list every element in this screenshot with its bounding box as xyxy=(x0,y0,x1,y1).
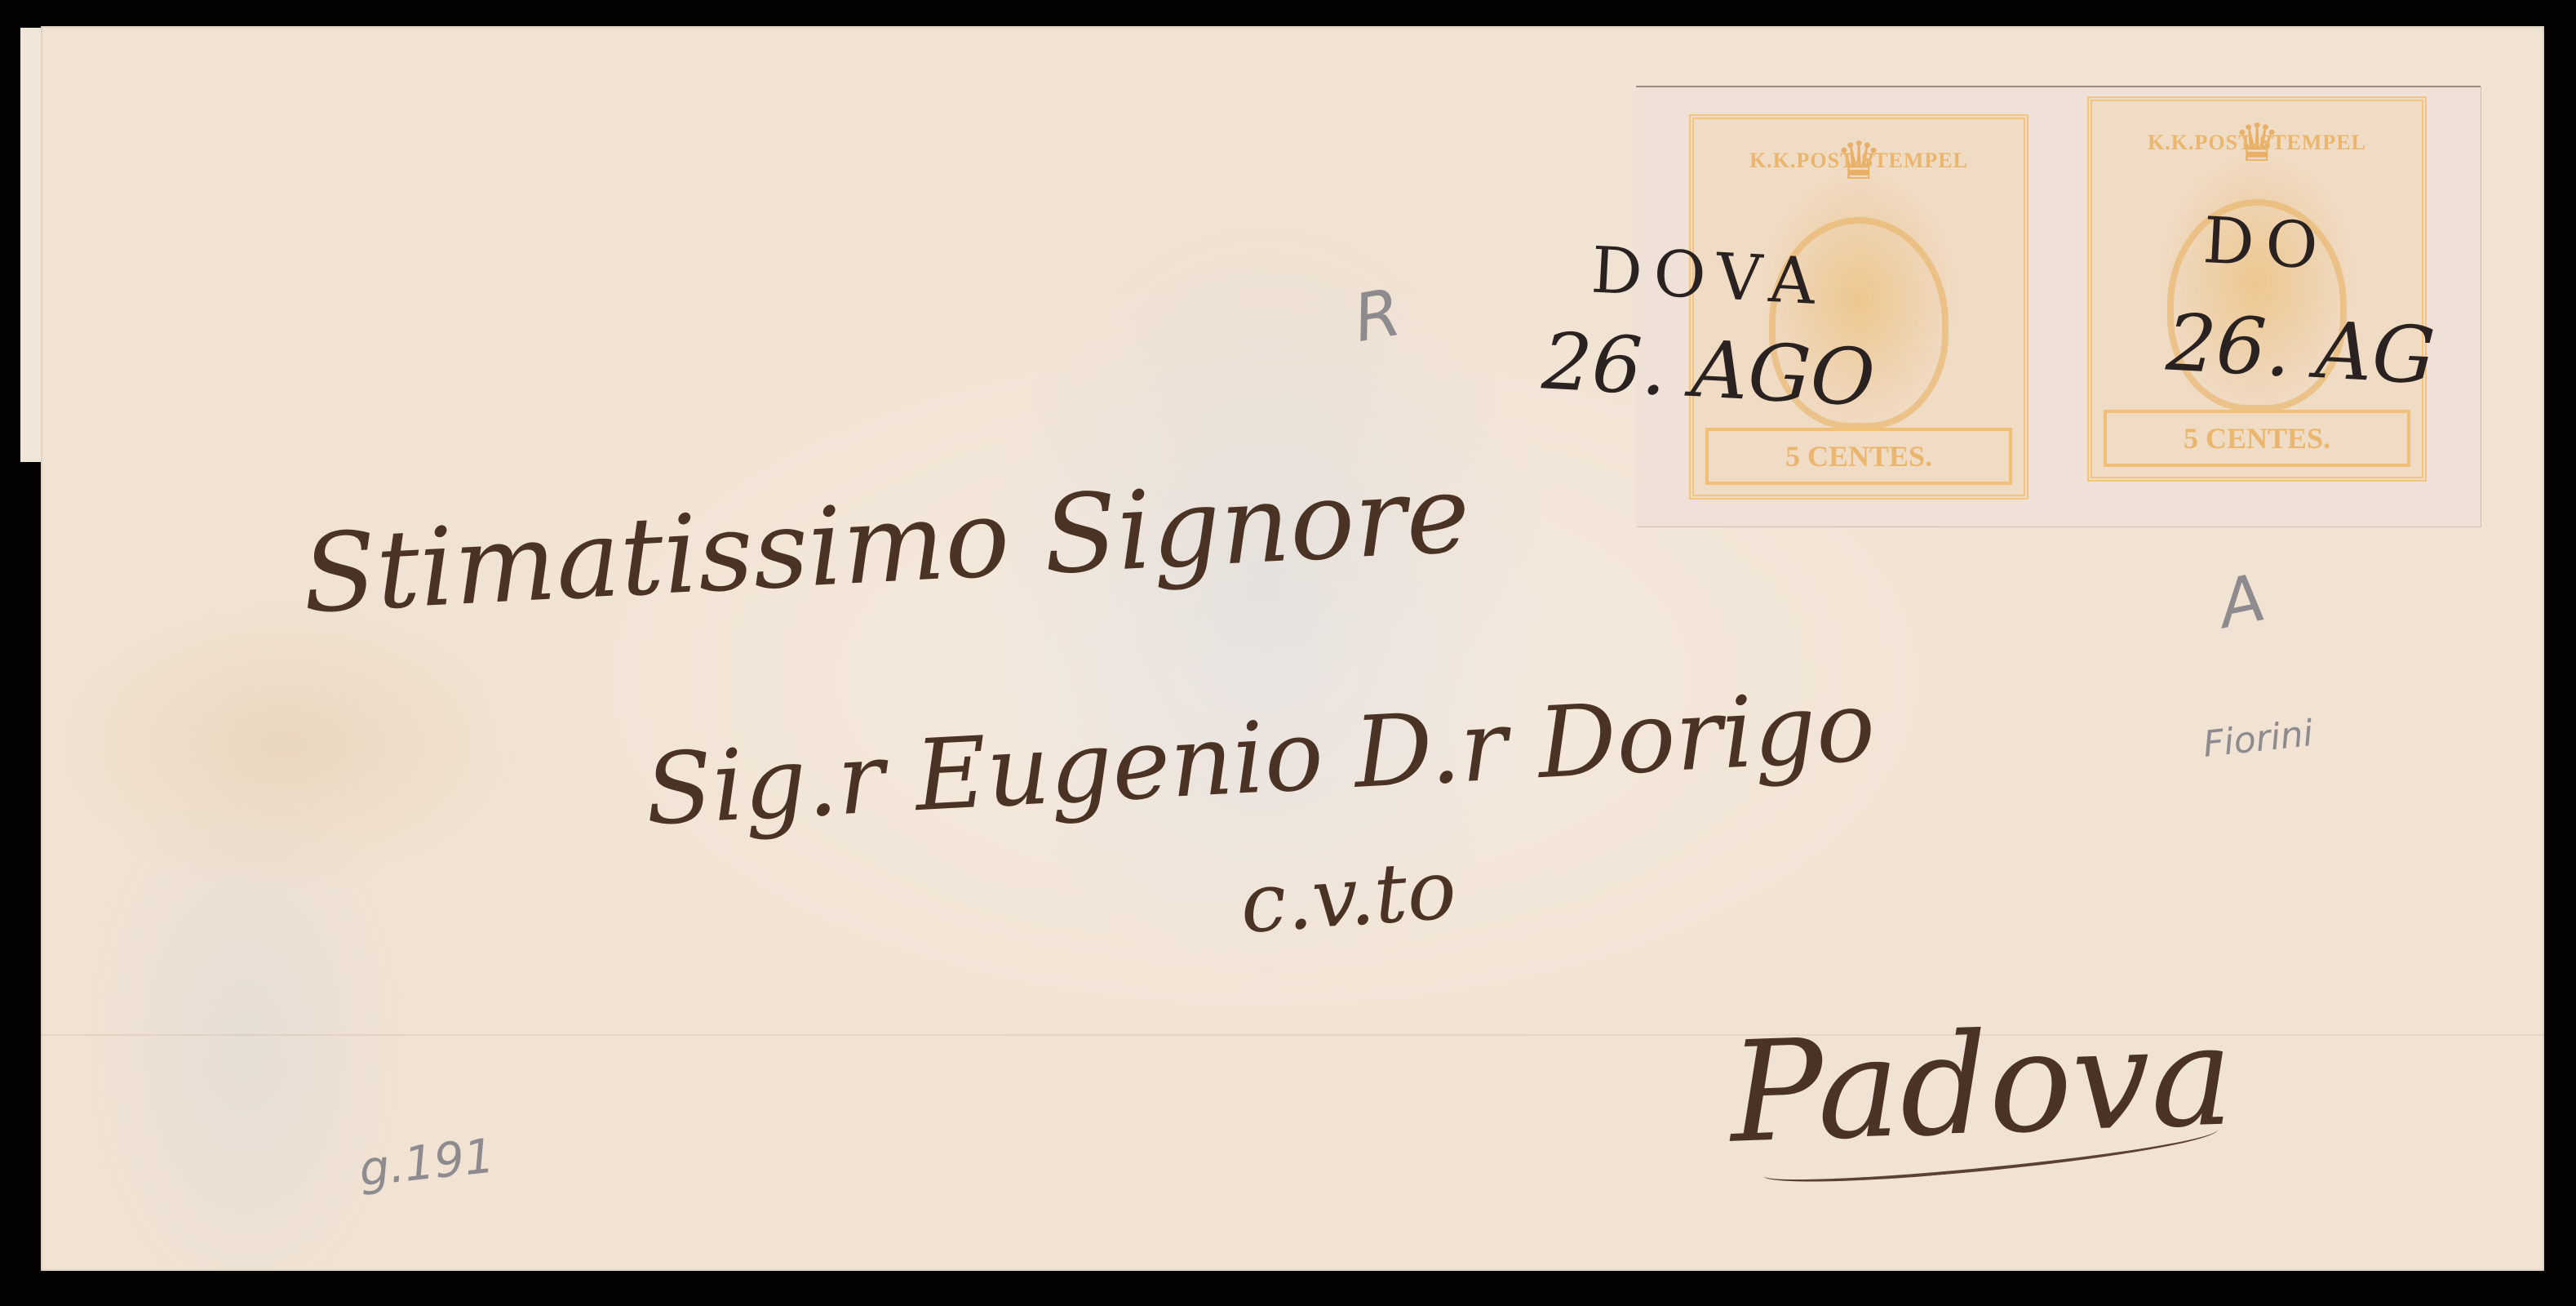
stamp-value: 5 CENTES. xyxy=(1705,428,2012,485)
stamp-right: ♛ K.K.POST-STEMPEL 5 CENTES. xyxy=(2087,96,2427,482)
stamp-top-text: K.K.POST-STEMPEL xyxy=(1694,149,2024,173)
stamp-value: 5 CENTES. xyxy=(2104,410,2410,467)
postmark-town-1: DOVA xyxy=(1589,239,1828,315)
address-abbreviation: c.v.to xyxy=(1237,842,1459,952)
postmark-date-2: 26. AG xyxy=(2165,303,2437,395)
postmark-date-1: 26. AGO xyxy=(1541,322,1877,417)
stamp-top-text: K.K.POST-STEMPEL xyxy=(2092,131,2422,155)
postmark-town-2: DO xyxy=(2201,209,2330,279)
